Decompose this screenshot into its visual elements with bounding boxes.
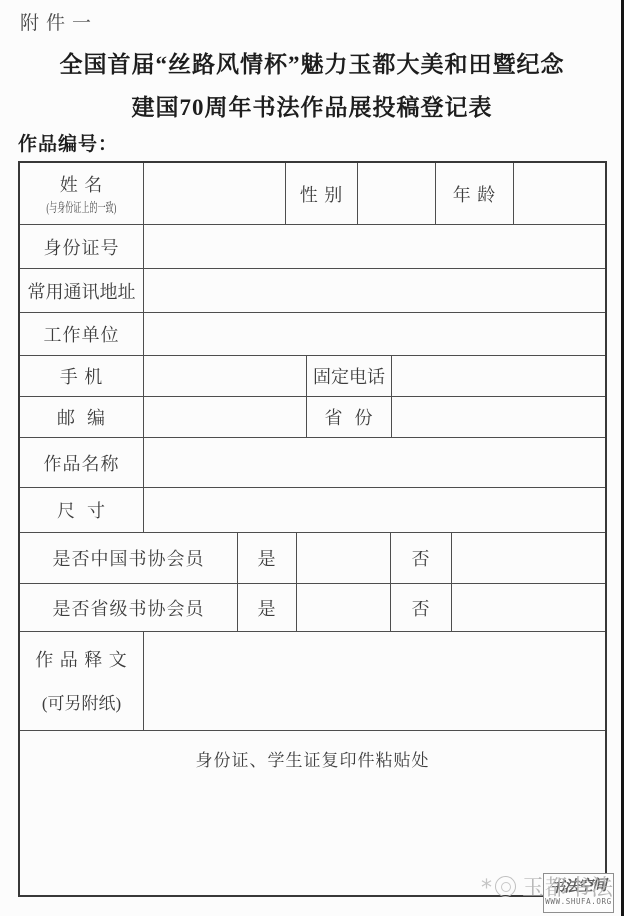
work-title-label-cell: 作品名称	[20, 438, 144, 488]
id-number-label-cell: 身份证号	[20, 225, 144, 269]
table-row-address: 常用通讯地址	[20, 269, 605, 313]
csa-yes-value-cell	[297, 533, 391, 584]
csa-no-value-cell	[452, 533, 605, 584]
landline-value-cell	[392, 356, 605, 397]
psa-member-label-cell: 是否省级书协会员	[20, 584, 238, 632]
province-label-cell: 省 份	[307, 397, 392, 438]
psa-yes-value-cell	[297, 584, 391, 632]
table-row-psa-member: 是否省级书协会员 是 否	[20, 584, 605, 632]
csa-member-label-cell: 是否中国书协会员	[20, 533, 238, 584]
employer-label-cell: 工作单位	[20, 313, 144, 356]
psa-no-label-cell: 否	[391, 584, 452, 632]
watermark-seal-icon	[495, 876, 516, 897]
name-label: 姓 名	[60, 171, 104, 197]
landline-label-cell: 固定电话	[307, 356, 392, 397]
csa-no-label-cell: 否	[391, 533, 452, 584]
mobile-value-cell	[144, 356, 307, 397]
scanned-form-page: 附件一 全国首届“丝路风情杯”魅力玉都大美和田暨纪念 建国70周年书法作品展投稿…	[0, 0, 624, 916]
postal-value-cell	[144, 397, 307, 438]
work-number-label: 作品编号：	[18, 129, 118, 156]
psa-yes-label-cell: 是	[238, 584, 297, 632]
table-row-size: 尺 寸	[20, 488, 605, 533]
csa-yes-label-cell: 是	[238, 533, 297, 584]
table-row-work-title: 作品名称	[20, 438, 605, 488]
form-title-line2: 建国70周年书法作品展投稿登记表	[0, 89, 624, 122]
name-label-cell: 姓 名 (与身份证上的一致)	[20, 163, 144, 225]
gender-value-cell	[358, 163, 436, 225]
paste-area-label: 身份证、学生证复印件粘贴处	[196, 746, 430, 771]
attachment-label: 附件一	[20, 8, 98, 35]
name-value-cell	[144, 163, 286, 225]
age-label-cell: 年 龄	[436, 163, 514, 225]
province-value-cell	[392, 397, 605, 438]
name-note: (与身份证上的一致)	[47, 197, 117, 216]
paste-area-cell: 身份证、学生证复印件粘贴处	[20, 731, 605, 895]
table-row-postal: 邮 编 省 份	[20, 397, 605, 438]
release-label-cell: 作 品 释 文 (可另附纸)	[20, 632, 144, 731]
table-row-phone: 手 机 固定电话	[20, 356, 605, 397]
id-number-value-cell	[144, 225, 605, 269]
address-value-cell	[144, 269, 605, 313]
age-value-cell	[514, 163, 605, 225]
release-label-line1: 作 品 释 文	[35, 651, 128, 669]
watermark-site-text: 玉都书法	[522, 871, 614, 902]
gender-label-cell: 性 别	[286, 163, 358, 225]
table-row-employer: 工作单位	[20, 313, 605, 356]
release-label-line2: (可另附纸)	[42, 695, 121, 712]
table-row-csa-member: 是否中国书协会员 是 否	[20, 533, 605, 584]
registration-table: 姓 名 (与身份证上的一致) 性 别 年 龄 身份证号 常用通讯地址 工作单位 …	[18, 161, 607, 897]
table-row-name: 姓 名 (与身份证上的一致) 性 别 年 龄	[20, 163, 605, 225]
employer-value-cell	[144, 313, 605, 356]
mobile-label-cell: 手 机	[20, 356, 144, 397]
psa-no-value-cell	[452, 584, 605, 632]
table-row-paste-area: 身份证、学生证复印件粘贴处	[20, 731, 605, 895]
watermark-asterisk-icon: *	[481, 876, 492, 901]
table-row-release-text: 作 品 释 文 (可另附纸)	[20, 632, 605, 731]
size-value-cell	[144, 488, 605, 533]
address-label-cell: 常用通讯地址	[20, 269, 144, 313]
postal-label-cell: 邮 编	[20, 397, 144, 438]
release-value-cell	[144, 632, 605, 731]
table-row-id-number: 身份证号	[20, 225, 605, 269]
work-title-value-cell	[144, 438, 605, 488]
size-label-cell: 尺 寸	[20, 488, 144, 533]
form-title-line1: 全国首届“丝路风情杯”魅力玉都大美和田暨纪念	[0, 46, 624, 79]
